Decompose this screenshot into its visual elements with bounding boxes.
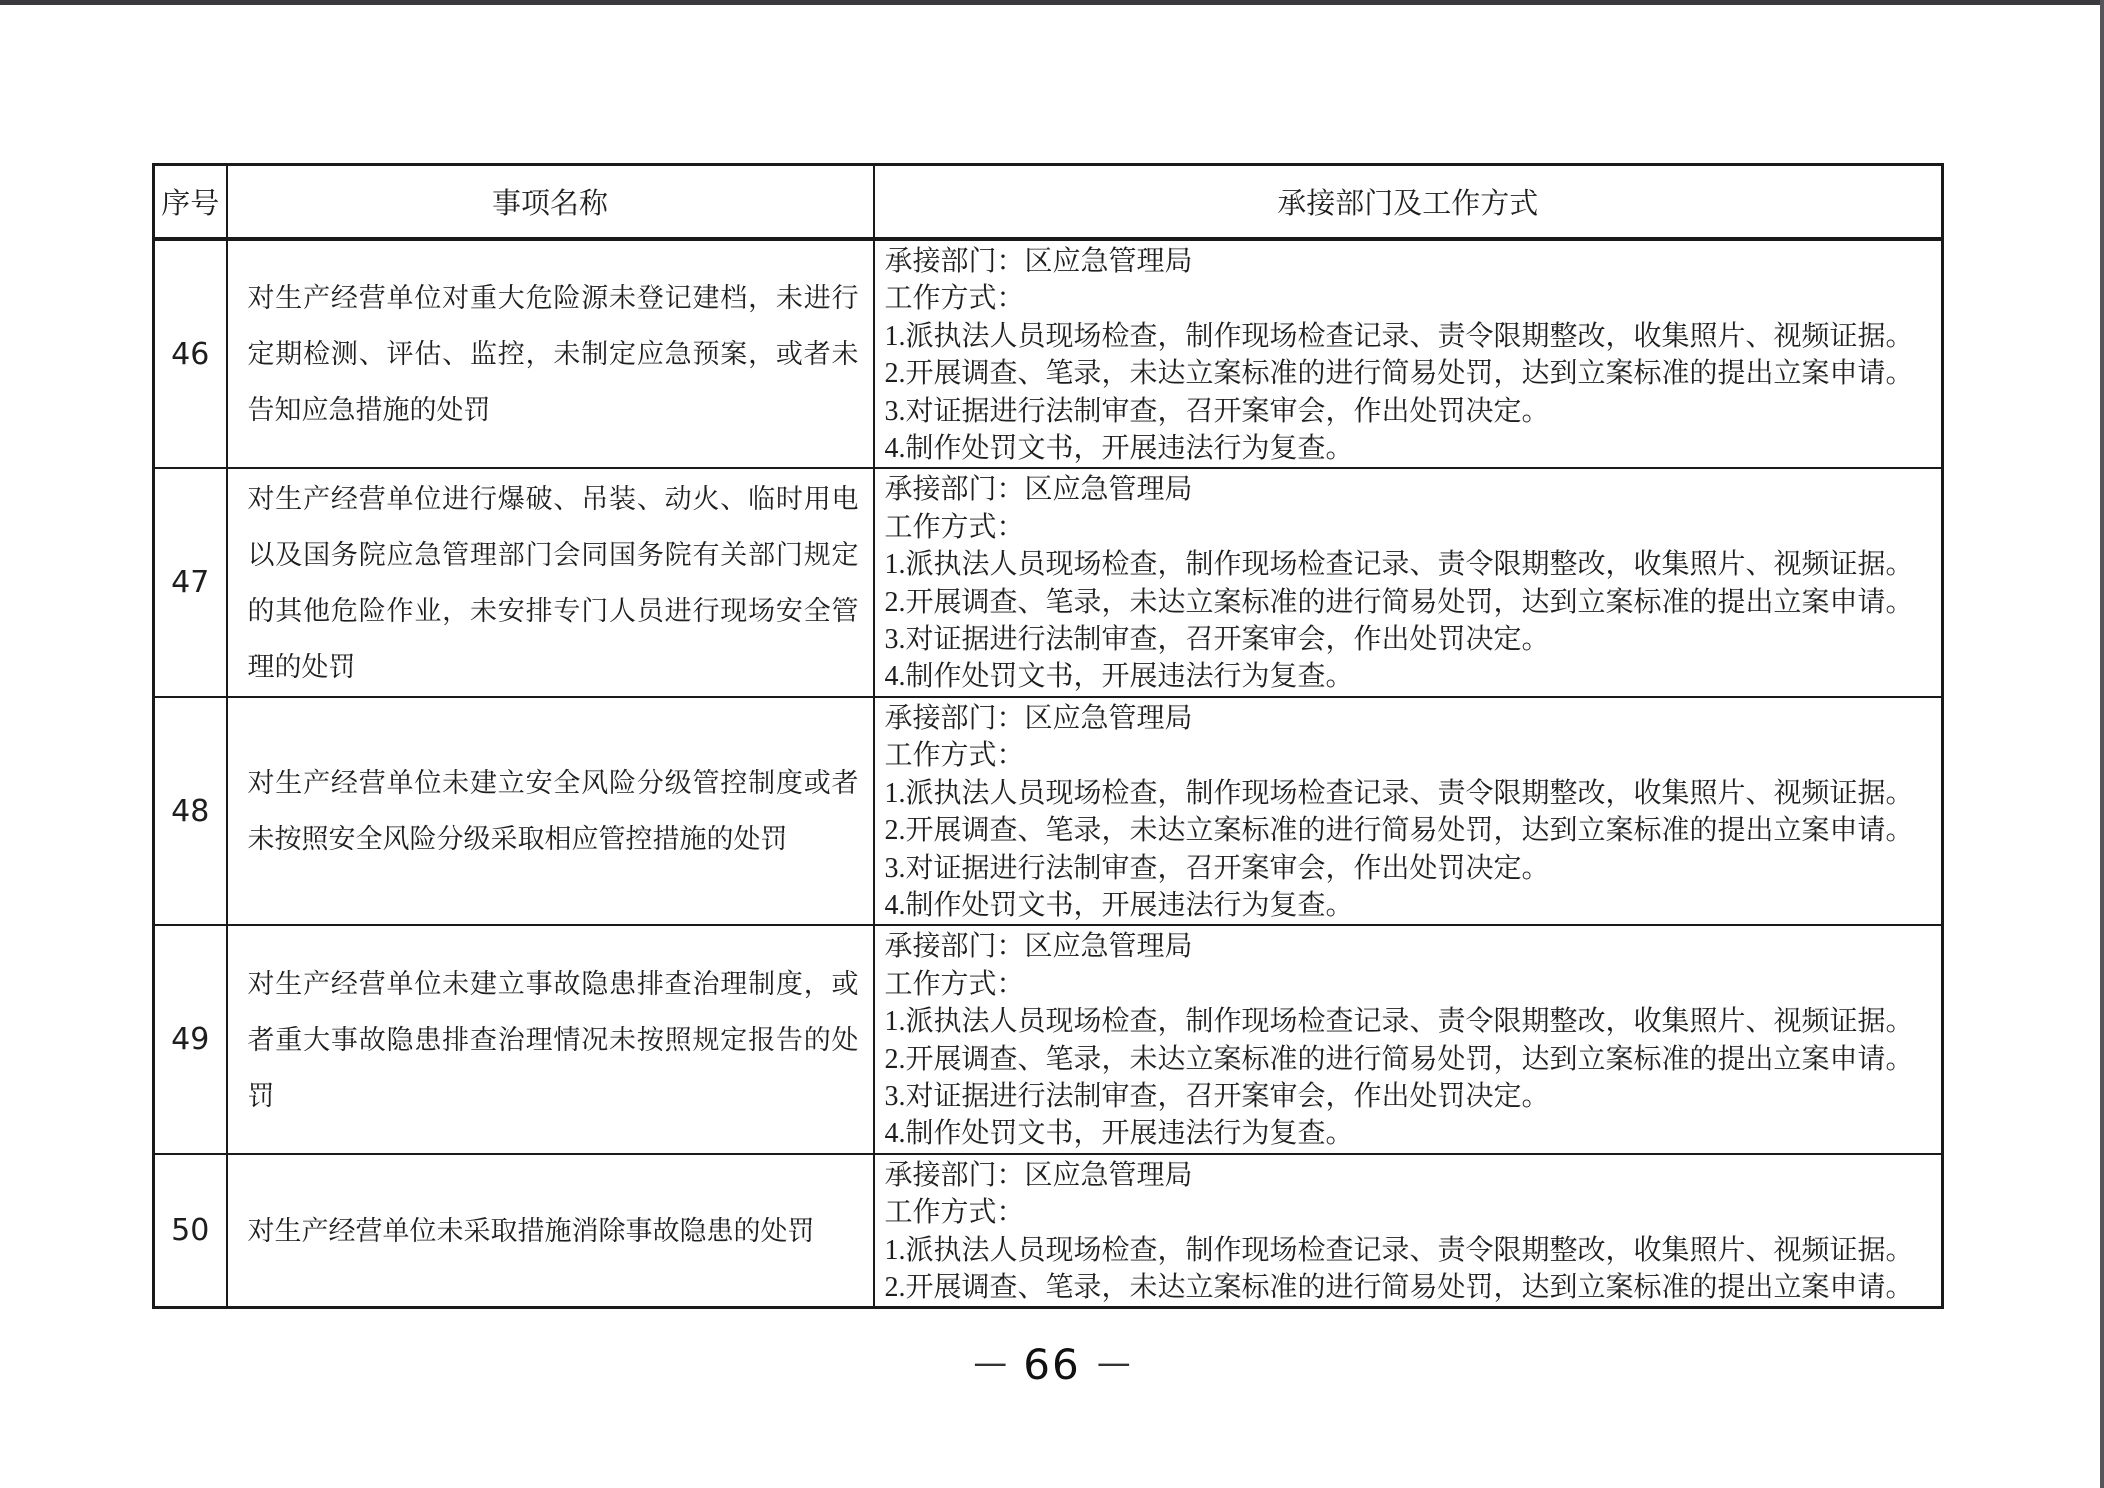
work-method-line: 1.派执法人员现场检查，制作现场检查记录、责令限期整改，收集照片、视频证据。 (885, 318, 1934, 355)
column-header-item-name: 事项名称 (227, 165, 874, 240)
work-method-line: 3.对证据进行法制审查，召开案审会，作出处罚决定。 (885, 1078, 1934, 1115)
page-number: 66 (1023, 1340, 1080, 1389)
footer-left-dash: — (973, 1343, 1007, 1383)
table-row: 48 对生产经营单位未建立安全风险分级管控制度或者未按照安全风险分级采取相应管控… (154, 697, 1943, 925)
footer-right-dash: — (1097, 1343, 1131, 1383)
work-method-line: 工作方式： (885, 737, 1934, 774)
scan-right-edge-line (2100, 0, 2104, 1488)
work-method-line: 承接部门：区应急管理局 (885, 1157, 1934, 1194)
work-method-line: 4.制作处罚文书，开展违法行为复查。 (885, 430, 1934, 467)
item-name-text: 对生产经营单位进行爆破、吊装、动火、临时用电以及国务院应急管理部门会同国务院有关… (227, 468, 874, 696)
work-method-line: 工作方式： (885, 966, 1934, 1003)
work-method-line: 3.对证据进行法制审查，召开案审会，作出处罚决定。 (885, 850, 1934, 887)
table-row: 46 对生产经营单位对重大危险源未登记建档，未进行定期检测、评估、监控，未制定应… (154, 239, 1943, 468)
row-serial-number: 46 (154, 239, 227, 468)
department-and-method-cell: 承接部门：区应急管理局工作方式：1.派执法人员现场检查，制作现场检查记录、责令限… (874, 925, 1943, 1153)
row-serial-number: 47 (154, 468, 227, 696)
table-row: 50 对生产经营单位未采取措施消除事故隐患的处罚 承接部门：区应急管理局工作方式… (154, 1154, 1943, 1308)
item-name-text: 对生产经营单位未建立安全风险分级管控制度或者未按照安全风险分级采取相应管控措施的… (227, 697, 874, 925)
department-and-method-cell: 承接部门：区应急管理局工作方式：1.派执法人员现场检查，制作现场检查记录、责令限… (874, 468, 1943, 696)
work-method-line: 4.制作处罚文书，开展违法行为复查。 (885, 658, 1934, 695)
item-name-text: 对生产经营单位未采取措施消除事故隐患的处罚 (227, 1154, 874, 1308)
work-method-line: 2.开展调查、笔录，未达立案标准的进行简易处罚，达到立案标准的提出立案申请。 (885, 812, 1934, 849)
work-method-line: 工作方式： (885, 509, 1934, 546)
work-method-line: 4.制作处罚文书，开展违法行为复查。 (885, 1115, 1934, 1152)
work-method-line: 工作方式： (885, 1194, 1934, 1231)
work-method-line: 3.对证据进行法制审查，召开案审会，作出处罚决定。 (885, 393, 1934, 430)
work-method-line: 4.制作处罚文书，开展违法行为复查。 (885, 887, 1934, 924)
item-name-text: 对生产经营单位对重大危险源未登记建档，未进行定期检测、评估、监控，未制定应急预案… (227, 239, 874, 468)
work-method-line: 1.派执法人员现场检查，制作现场检查记录、责令限期整改，收集照片、视频证据。 (885, 775, 1934, 812)
work-method-line: 3.对证据进行法制审查，召开案审会，作出处罚决定。 (885, 621, 1934, 658)
table-row: 47 对生产经营单位进行爆破、吊装、动火、临时用电以及国务院应急管理部门会同国务… (154, 468, 1943, 696)
work-method-line: 2.开展调查、笔录，未达立案标准的进行简易处罚，达到立案标准的提出立案申请。 (885, 1269, 1934, 1306)
table-header-row: 序号 事项名称 承接部门及工作方式 (154, 165, 1943, 240)
department-and-method-cell: 承接部门：区应急管理局工作方式：1.派执法人员现场检查，制作现场检查记录、责令限… (874, 697, 1943, 925)
work-method-line: 1.派执法人员现场检查，制作现场检查记录、责令限期整改，收集照片、视频证据。 (885, 546, 1934, 583)
work-method-line: 2.开展调查、笔录，未达立案标准的进行简易处罚，达到立案标准的提出立案申请。 (885, 584, 1934, 621)
scan-top-edge-line (0, 0, 2104, 5)
items-table: 序号 事项名称 承接部门及工作方式 46 对生产经营单位对重大危险源未登记建档，… (152, 163, 1944, 1309)
department-and-method-cell: 承接部门：区应急管理局工作方式：1.派执法人员现场检查，制作现场检查记录、责令限… (874, 239, 1943, 468)
page-footer: —66— (0, 1340, 2104, 1389)
row-serial-number: 48 (154, 697, 227, 925)
work-method-line: 承接部门：区应急管理局 (885, 928, 1934, 965)
column-header-department-and-method: 承接部门及工作方式 (874, 165, 1943, 240)
work-method-line: 1.派执法人员现场检查，制作现场检查记录、责令限期整改，收集照片、视频证据。 (885, 1232, 1934, 1269)
row-serial-number: 49 (154, 925, 227, 1153)
work-method-line: 承接部门：区应急管理局 (885, 243, 1934, 280)
item-name-text: 对生产经营单位未建立事故隐患排查治理制度，或者重大事故隐患排查治理情况未按照规定… (227, 925, 874, 1153)
work-method-line: 1.派执法人员现场检查，制作现场检查记录、责令限期整改，收集照片、视频证据。 (885, 1003, 1934, 1040)
work-method-line: 承接部门：区应急管理局 (885, 471, 1934, 508)
work-method-line: 2.开展调查、笔录，未达立案标准的进行简易处罚，达到立案标准的提出立案申请。 (885, 355, 1934, 392)
work-method-line: 工作方式： (885, 280, 1934, 317)
column-header-serial-number: 序号 (154, 165, 227, 240)
row-serial-number: 50 (154, 1154, 227, 1308)
work-method-line: 2.开展调查、笔录，未达立案标准的进行简易处罚，达到立案标准的提出立案申请。 (885, 1041, 1934, 1078)
department-and-method-cell: 承接部门：区应急管理局工作方式：1.派执法人员现场检查，制作现场检查记录、责令限… (874, 1154, 1943, 1308)
table-row: 49 对生产经营单位未建立事故隐患排查治理制度，或者重大事故隐患排查治理情况未按… (154, 925, 1943, 1153)
work-method-line: 承接部门：区应急管理局 (885, 700, 1934, 737)
